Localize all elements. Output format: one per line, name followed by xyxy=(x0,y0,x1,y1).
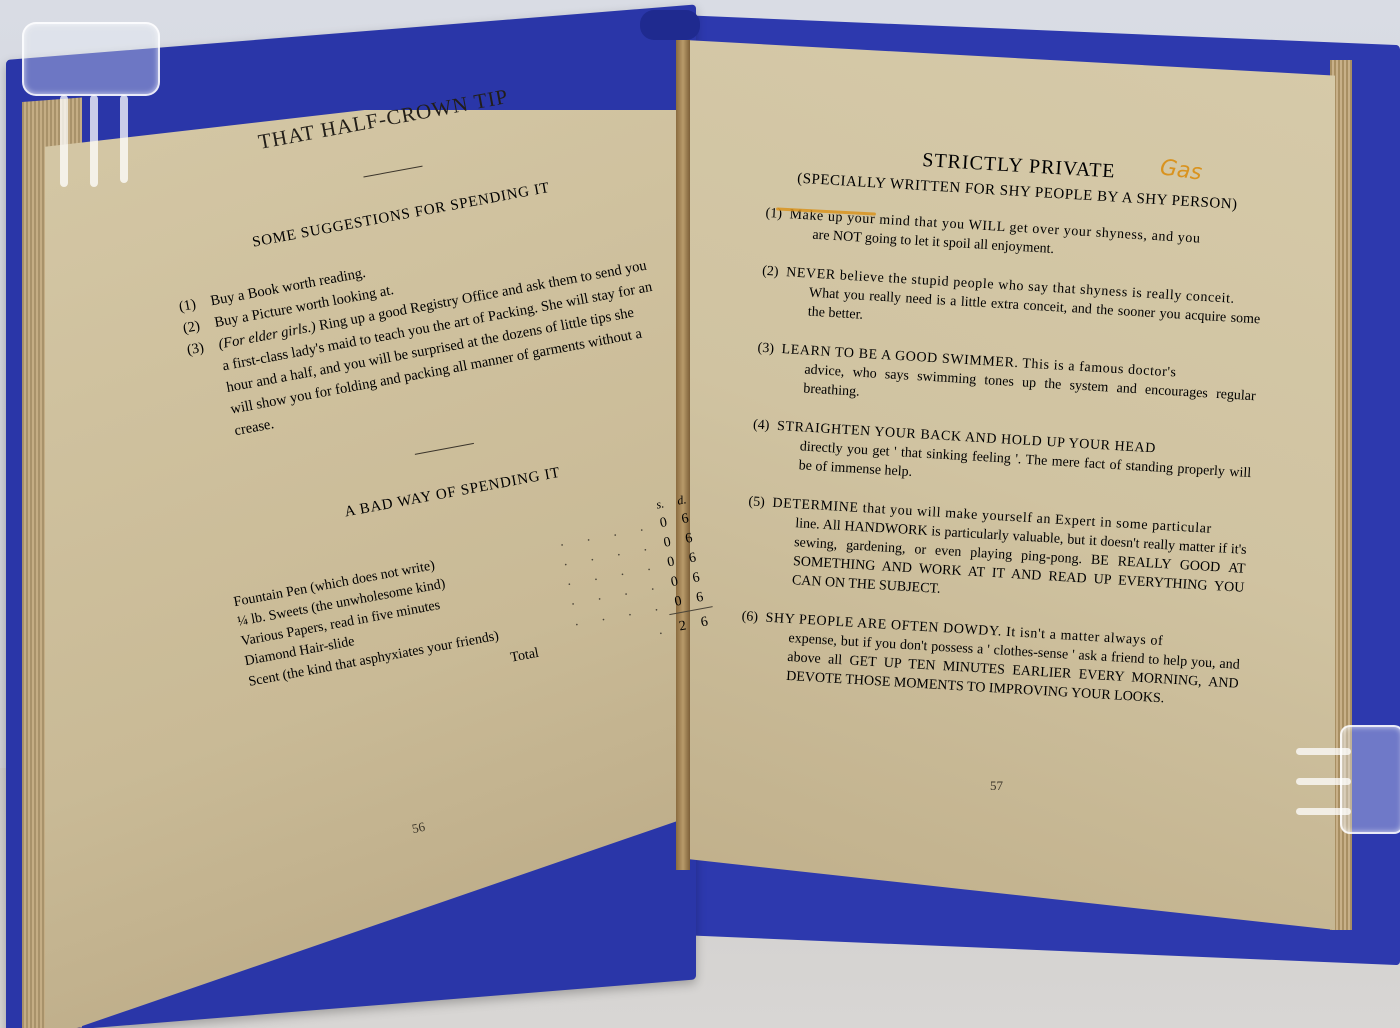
photo-scene: THAT HALF-CROWN TIP SOME SUGGESTIONS FOR… xyxy=(0,0,1400,1028)
list-item: (1)Make up your mind that you WILL get o… xyxy=(764,204,1265,272)
list-item: (5)DETERMINE that you will make yourself… xyxy=(743,492,1248,616)
right-page-content: STRICTLY PRIVATE (SPECIALLY WRITTEN FOR … xyxy=(737,140,1270,733)
advice-list: (1)Make up your mind that you WILL get o… xyxy=(738,204,1266,713)
page-number-right: 57 xyxy=(990,778,1003,794)
book-spine-top xyxy=(640,10,700,40)
list-item: (2)NEVER believe the stupid people who s… xyxy=(759,262,1262,349)
clip-teeth-icon xyxy=(60,95,140,190)
divider xyxy=(415,443,474,455)
list-item: (3)LEARN TO BE A GOOD SWIMMER. This is a… xyxy=(755,339,1258,426)
total-pence: 6 xyxy=(691,607,717,635)
list-item: (4)STRAIGHTEN YOUR BACK AND HOLD UP YOUR… xyxy=(750,416,1253,503)
clip-teeth-icon xyxy=(1296,740,1356,830)
hair-clip-icon xyxy=(22,22,160,96)
divider xyxy=(363,166,422,178)
list-item: (6)SHY PEOPLE ARE OFTEN DOWDY. It isn't … xyxy=(738,607,1242,713)
